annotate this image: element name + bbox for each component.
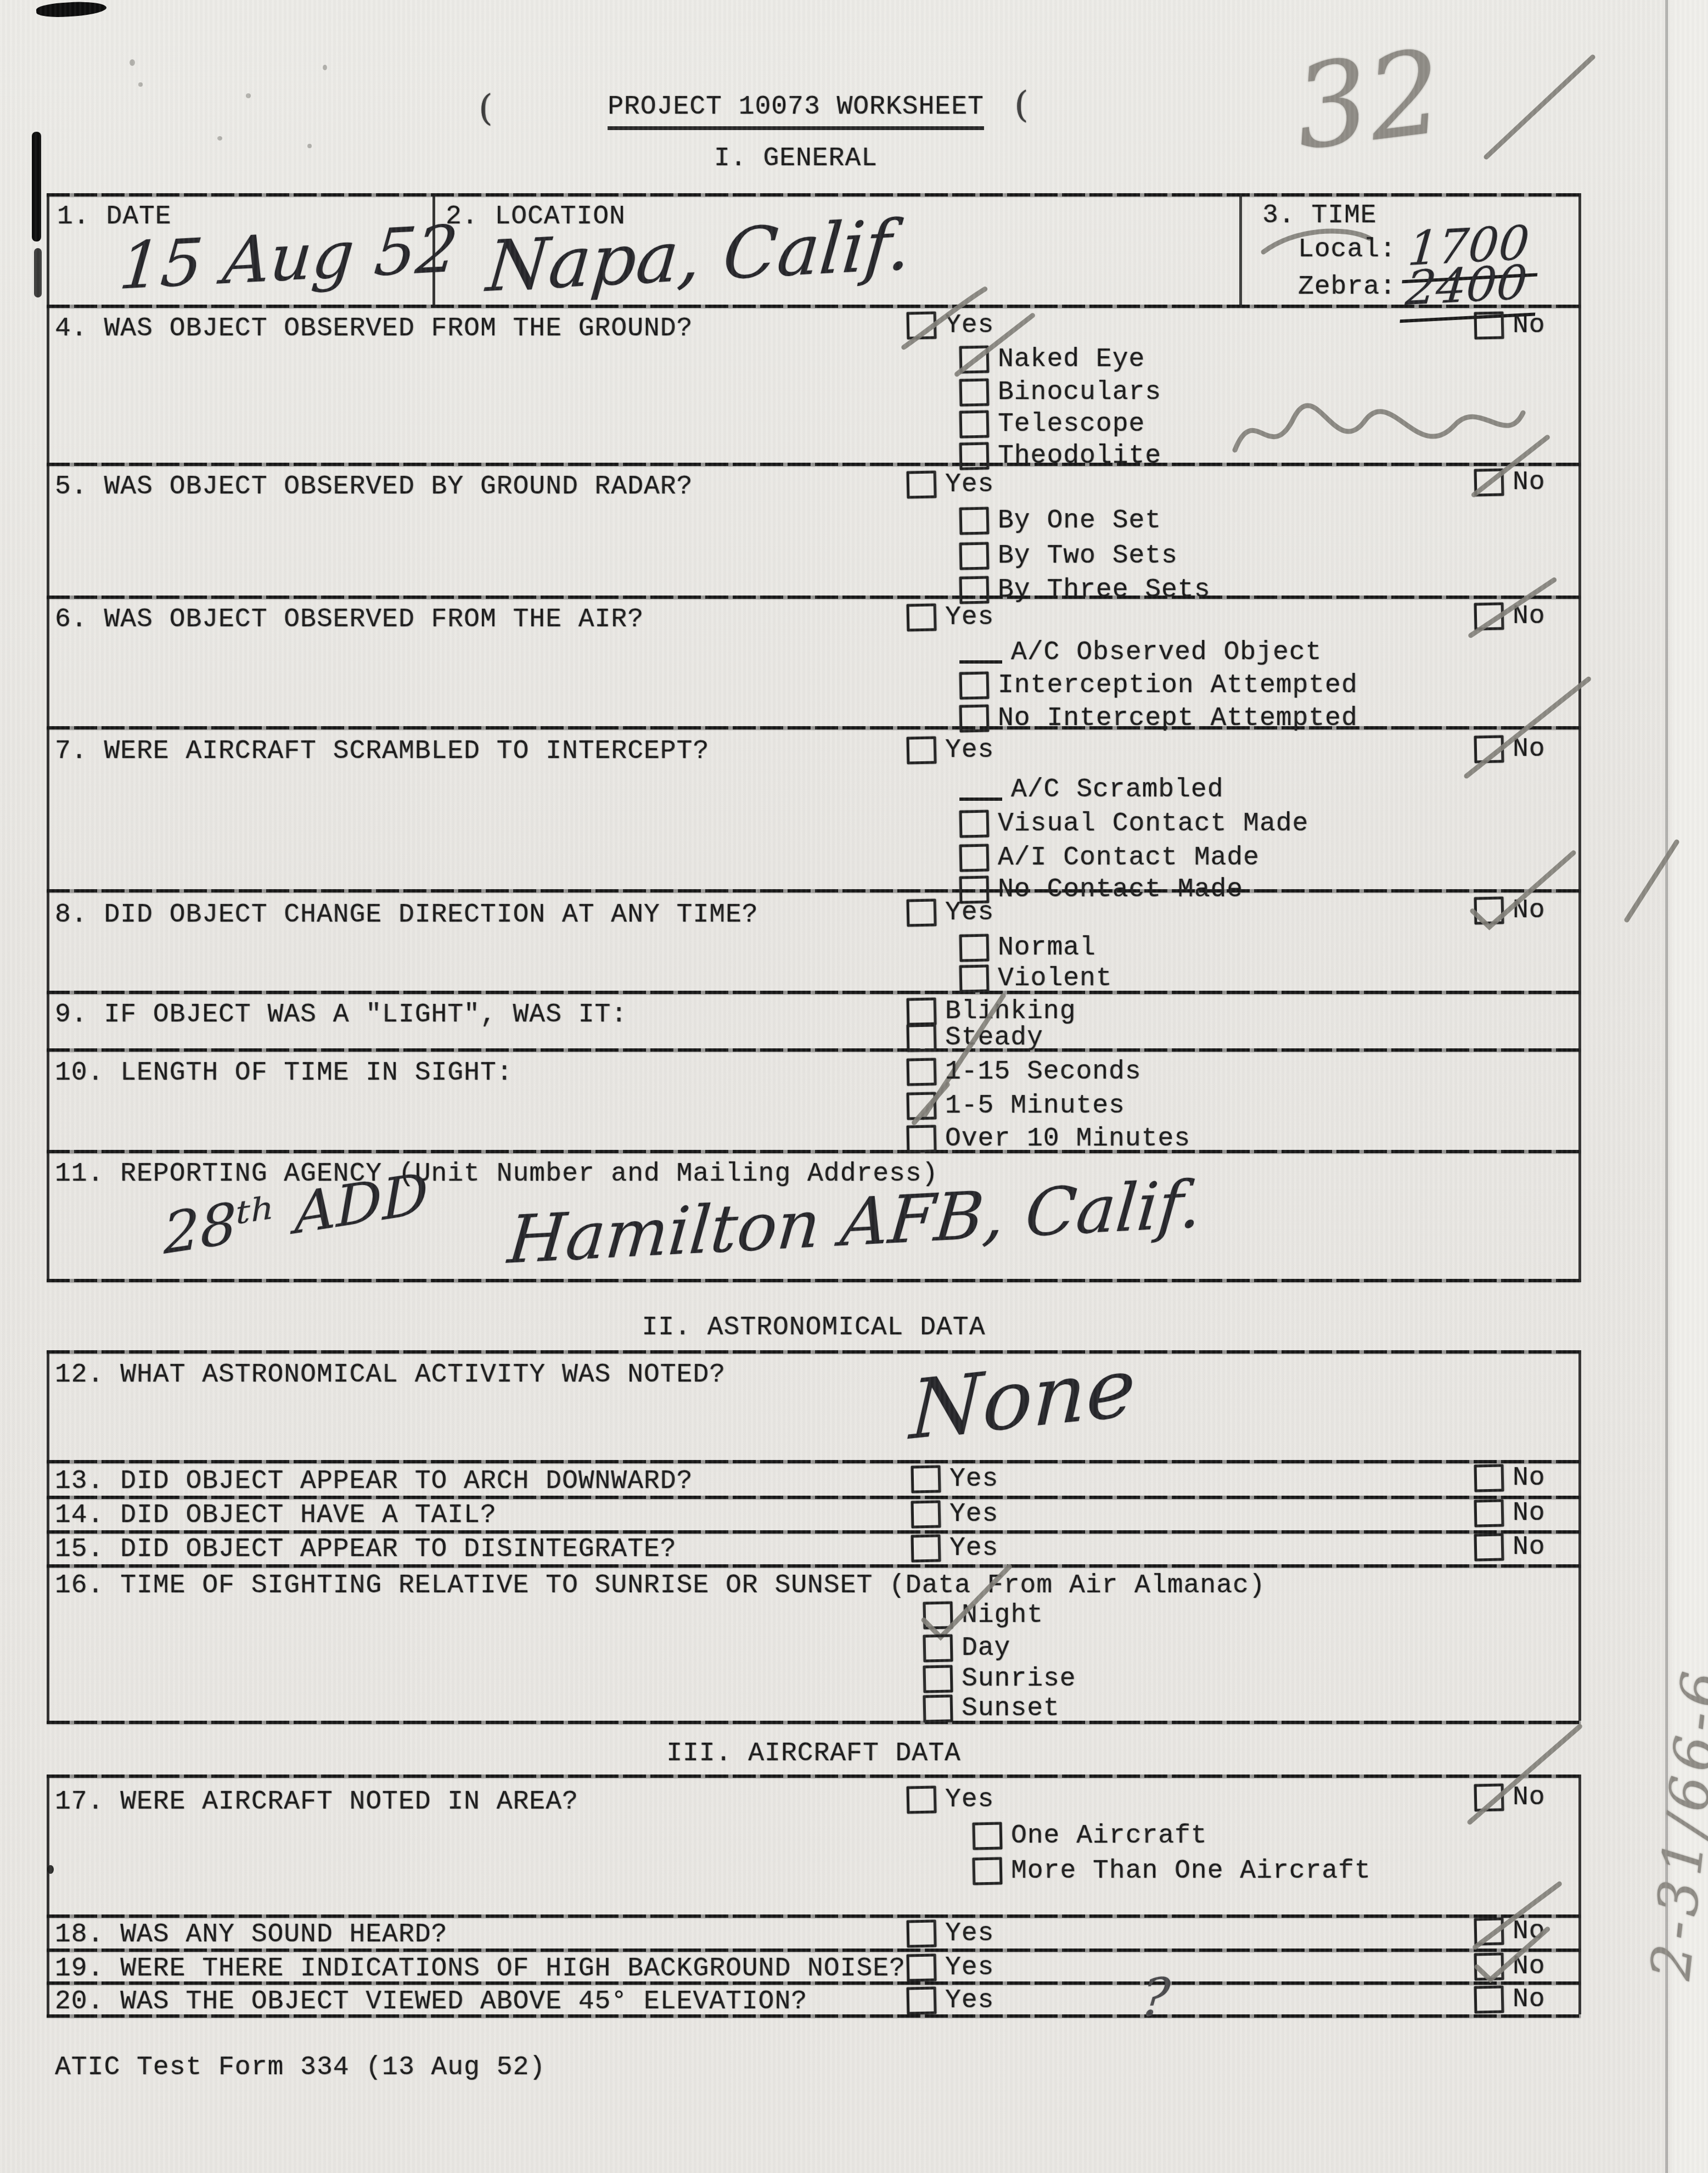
q9-blinking-checkbox (906, 997, 936, 1025)
scanned-form-page: ( ( PROJECT 10073 WORKSHEET I. GENERAL 3… (0, 0, 1708, 2173)
q20-yes-checkbox (906, 1986, 936, 2014)
q16-day-checkbox (923, 1634, 953, 1662)
question-12-label: 12. WHAT ASTRONOMICAL ACTIVITY WAS NOTED… (55, 1360, 726, 1390)
q15-yes-label: Yes (949, 1534, 998, 1563)
q18-no-checkbox (1474, 1917, 1504, 1945)
q7-yes-checkbox (906, 736, 936, 764)
time-zebra-label: Zebra: (1298, 272, 1396, 302)
option-label: One Aircraft (1011, 1821, 1207, 1851)
q6-interception-checkbox (959, 671, 989, 699)
option-label: Sunset (962, 1694, 1060, 1723)
table-border (47, 1048, 1581, 1052)
handwritten-page-number: 32 (1288, 25, 1449, 176)
q17-no-label: No (1513, 1783, 1546, 1812)
q8-no-option: No (1474, 896, 1546, 925)
question-5-label: 5. WAS OBJECT OBSERVED BY GROUND RADAR? (55, 472, 693, 502)
q4-no-label: No (1513, 311, 1546, 340)
q17-yes-option: Yes (907, 1785, 994, 1815)
q8-no-checkbox (1474, 896, 1504, 924)
q15-yes-checkbox (911, 1534, 941, 1562)
option-label: By Two Sets (998, 541, 1178, 571)
option-label: Night (962, 1601, 1043, 1630)
q7-no-option: No (1474, 734, 1546, 764)
q5-no-label: No (1513, 468, 1546, 497)
option-label: Steady (945, 1023, 1043, 1053)
question-9-label: 9. IF OBJECT WAS A "LIGHT", WAS IT: (55, 1000, 627, 1030)
q20-yes-label: Yes (945, 1986, 994, 2015)
q7-option-row: Visual Contact Made (959, 809, 1308, 839)
question-18-label: 18. WAS ANY SOUND HEARD? (55, 1920, 447, 1950)
q15-yes-option: Yes (911, 1534, 998, 1563)
q13-no-checkbox (1474, 1464, 1504, 1492)
q16-option-row: Sunset (923, 1694, 1060, 1723)
fill-in-blank-line (959, 642, 1002, 664)
q10-option-row: Over 10 Minutes (907, 1124, 1190, 1154)
q5-no-option: No (1474, 468, 1546, 497)
option-label: By One Set (998, 506, 1161, 536)
time-local-label: Local: (1298, 235, 1396, 265)
q6-option-row: No Intercept Attempted (959, 704, 1358, 733)
q4-option-row: Naked Eye (959, 345, 1145, 374)
q18-yes-label: Yes (945, 1919, 994, 1949)
q8-violent-checkbox (959, 964, 989, 992)
q17-yes-label: Yes (945, 1785, 994, 1815)
q5-yes-option: Yes (907, 470, 994, 499)
option-label: Telescope (998, 409, 1145, 439)
q5-no-checkbox (1474, 468, 1504, 496)
option-label: A/C Scrambled (1011, 775, 1223, 805)
table-border (47, 463, 1581, 466)
q4-telescope-checkbox (959, 410, 989, 438)
q19-yes-checkbox (906, 1953, 936, 1981)
question-13-label: 13. DID OBJECT APPEAR TO ARCH DOWNWARD? (55, 1467, 693, 1496)
q19-no-label: No (1513, 1952, 1546, 1981)
q4-option-row: Telescope (959, 409, 1145, 439)
q16-option-row: Night (923, 1601, 1043, 1630)
q16-option-row: Day (923, 1633, 1010, 1663)
question-11-label: 11. REPORTING AGENCY (Unit Number and Ma… (55, 1159, 938, 1189)
table-border (47, 1460, 1581, 1463)
option-label: Blinking (945, 997, 1076, 1026)
q9-option-row: Blinking (907, 997, 1076, 1026)
question-8-label: 8. DID OBJECT CHANGE DIRECTION AT ANY TI… (55, 900, 759, 930)
q7-option-row: A/I Contact Made (959, 843, 1260, 873)
section-ii-heading: II. ASTRONOMICAL DATA (47, 1313, 1581, 1343)
q17-yes-checkbox (906, 1785, 936, 1813)
option-label: 1-5 Minutes (945, 1091, 1125, 1121)
q4-naked-eye-checkbox (959, 345, 989, 373)
q20-no-checkbox (1474, 1985, 1504, 2013)
q18-no-option: No (1474, 1917, 1546, 1946)
q16-option-row: Sunrise (923, 1664, 1076, 1694)
q6-option-row: Interception Attempted (959, 671, 1358, 700)
q4-no-option: No (1474, 311, 1546, 340)
q12-handwritten-answer: None (908, 1340, 1137, 1458)
option-label: Sunrise (962, 1664, 1076, 1694)
option-label: Day (962, 1633, 1010, 1663)
q4-yes-label: Yes (945, 311, 994, 340)
q5-option-row: By Two Sets (959, 541, 1178, 571)
table-border (47, 1350, 49, 1721)
q17-option-row: One Aircraft (973, 1821, 1207, 1851)
table-border (47, 1530, 1581, 1534)
table-border (47, 193, 49, 1282)
table-border (47, 305, 1581, 308)
q14-no-option: No (1474, 1498, 1546, 1528)
margin-vertical-handwritten-note: 2-31/66-6 (1638, 1663, 1708, 1983)
option-label: No Contact Made (998, 875, 1243, 905)
question-15-label: 15. DID OBJECT APPEAR TO DISINTEGRATE? (55, 1535, 677, 1564)
q6-no-option: No (1474, 602, 1546, 631)
table-border (47, 193, 1581, 196)
q5-three-sets-checkbox (959, 576, 989, 604)
q6-yes-checkbox (906, 603, 936, 631)
table-border (47, 1775, 1581, 1778)
option-label: 1-15 Seconds (945, 1057, 1142, 1087)
q4-yes-checkbox (906, 311, 936, 339)
q8-yes-checkbox (906, 899, 936, 927)
q7-no-label: No (1513, 734, 1546, 764)
q16-night-checkbox (923, 1601, 953, 1629)
q7-ai-contact-checkbox (959, 844, 989, 872)
q7-yes-option: Yes (907, 735, 994, 765)
cell-divider (1239, 193, 1242, 308)
q13-yes-label: Yes (949, 1464, 998, 1494)
q20-no-label: No (1513, 1985, 1546, 2014)
q5-option-row: By One Set (959, 506, 1161, 536)
table-border (47, 991, 1581, 994)
q5-yes-label: Yes (945, 470, 994, 499)
q17-one-aircraft-checkbox (972, 1822, 1002, 1850)
q18-no-label: No (1513, 1917, 1546, 1946)
q15-no-checkbox (1474, 1533, 1504, 1561)
q14-yes-label: Yes (949, 1500, 998, 1529)
table-border (1578, 1775, 1581, 2014)
table-border (47, 1564, 1581, 1568)
q10-minutes-checkbox (906, 1092, 936, 1120)
option-label: Visual Contact Made (998, 809, 1308, 839)
q4-option-row: Theodolite (959, 441, 1161, 471)
q10-seconds-checkbox (906, 1058, 936, 1086)
option-label: Normal (998, 933, 1096, 963)
time-field-label: 3. TIME (1262, 201, 1377, 231)
scan-blot (36, 0, 107, 19)
q20-no-option: No (1474, 1985, 1546, 2014)
q4-yes-option: Yes (907, 311, 994, 340)
q17-no-checkbox (1474, 1783, 1504, 1811)
q5-yes-checkbox (906, 470, 936, 498)
q19-no-checkbox (1474, 1952, 1504, 1980)
q7-option-row: No Contact Made (959, 875, 1243, 905)
q7-option-row: A/C Scrambled (959, 775, 1223, 805)
option-label: A/C Observed Object (1011, 638, 1322, 667)
q14-no-label: No (1513, 1498, 1546, 1528)
q4-no-checkbox (1474, 311, 1504, 339)
q10-option-row: 1-15 Seconds (907, 1057, 1142, 1087)
question-17-label: 17. WERE AIRCRAFT NOTED IN AREA? (55, 1787, 578, 1817)
table-border (47, 596, 1581, 599)
q19-no-option: No (1474, 1952, 1546, 1981)
option-label: Interception Attempted (998, 671, 1358, 700)
q7-yes-label: Yes (945, 735, 994, 765)
option-label: Theodolite (998, 441, 1161, 471)
form-id-footer: ATIC Test Form 334 (13 Aug 52) (55, 2053, 546, 2082)
question-14-label: 14. DID OBJECT HAVE A TAIL? (55, 1501, 497, 1530)
q8-yes-option: Yes (907, 898, 994, 928)
q8-yes-label: Yes (945, 898, 994, 928)
q7-no-checkbox (1474, 735, 1504, 763)
q18-yes-checkbox (906, 1919, 936, 1947)
q14-no-checkbox (1474, 1499, 1504, 1527)
q9-steady-checkbox (906, 1024, 936, 1052)
q13-no-option: No (1474, 1463, 1546, 1493)
q15-no-label: No (1513, 1532, 1546, 1562)
q8-normal-checkbox (959, 934, 989, 962)
q6-no-checkbox (1474, 602, 1504, 630)
table-border (47, 1350, 1581, 1354)
q4-option-row: Binoculars (959, 378, 1161, 407)
q9-option-row: Steady (907, 1023, 1043, 1053)
table-border (47, 1914, 1581, 1918)
option-label: More Than One Aircraft (1011, 1856, 1371, 1886)
table-border (47, 1150, 1581, 1153)
q13-no-label: No (1513, 1463, 1546, 1493)
question-20-label: 20. WAS THE OBJECT VIEWED ABOVE 45° ELEV… (55, 1987, 807, 2017)
question-19-label: 19. WERE THERE INDICATIONS OF HIGH BACKG… (55, 1954, 906, 1984)
q17-more-aircraft-checkbox (972, 1857, 1002, 1885)
q17-no-option: No (1474, 1783, 1546, 1812)
q6-yes-label: Yes (945, 603, 994, 632)
option-label: Over 10 Minutes (945, 1124, 1190, 1154)
scan-edge-mark (34, 248, 42, 297)
option-label: By Three Sets (998, 575, 1210, 605)
option-label: No Intercept Attempted (998, 704, 1358, 733)
table-border (47, 889, 1581, 892)
table-border (1578, 193, 1581, 1282)
q19-yes-label: Yes (945, 1953, 994, 1983)
option-label: Violent (998, 964, 1113, 993)
question-4-label: 4. WAS OBJECT OBSERVED FROM THE GROUND? (55, 314, 693, 344)
q5-one-set-checkbox (959, 507, 989, 535)
q20-yes-option: Yes (907, 1986, 994, 2015)
q8-no-label: No (1513, 896, 1546, 925)
q7-visual-contact-checkbox (959, 810, 989, 838)
q13-yes-option: Yes (911, 1464, 998, 1494)
q6-yes-option: Yes (907, 603, 994, 632)
question-10-label: 10. LENGTH OF TIME IN SIGHT: (55, 1058, 513, 1088)
table-border (47, 1775, 49, 2014)
q19-yes-option: Yes (907, 1953, 994, 1983)
q18-yes-option: Yes (907, 1919, 994, 1949)
table-border (47, 1279, 1581, 1282)
q14-yes-option: Yes (911, 1500, 998, 1529)
q17-option-row: More Than One Aircraft (973, 1856, 1371, 1886)
q5-option-row: By Three Sets (959, 575, 1210, 605)
question-16-label: 16. TIME OF SIGHTING RELATIVE TO SUNRISE… (55, 1571, 1266, 1601)
question-6-label: 6. WAS OBJECT OBSERVED FROM THE AIR? (55, 605, 644, 635)
q14-yes-checkbox (911, 1500, 941, 1528)
fill-in-blank-line (959, 779, 1002, 801)
section-iii-heading: III. AIRCRAFT DATA (47, 1739, 1581, 1768)
table-border (1578, 1350, 1581, 1721)
option-label: Binoculars (998, 378, 1161, 407)
option-label: Naked Eye (998, 345, 1145, 374)
q8-option-row: Violent (959, 964, 1113, 993)
question-7-label: 7. WERE AIRCRAFT SCRAMBLED TO INTERCEPT? (55, 737, 709, 766)
q5-two-sets-checkbox (959, 542, 989, 570)
q16-sunrise-checkbox (923, 1665, 953, 1693)
q8-option-row: Normal (959, 933, 1096, 963)
q10-over-ten-checkbox (906, 1125, 936, 1153)
q15-no-option: No (1474, 1532, 1546, 1562)
q4-binoculars-checkbox (959, 378, 989, 406)
q6-no-intercept-checkbox (959, 704, 989, 732)
option-label: A/I Contact Made (998, 843, 1260, 873)
q4-theodolite-checkbox (959, 442, 989, 470)
q6-option-row: A/C Observed Object (959, 638, 1322, 667)
q16-sunset-checkbox (923, 1694, 953, 1722)
q13-yes-checkbox (911, 1465, 941, 1493)
table-border (47, 1721, 1581, 1724)
q20-handwritten-question-mark: ? (1139, 1967, 1172, 2029)
q10-option-row: 1-5 Minutes (907, 1091, 1125, 1121)
q6-no-label: No (1513, 602, 1546, 631)
